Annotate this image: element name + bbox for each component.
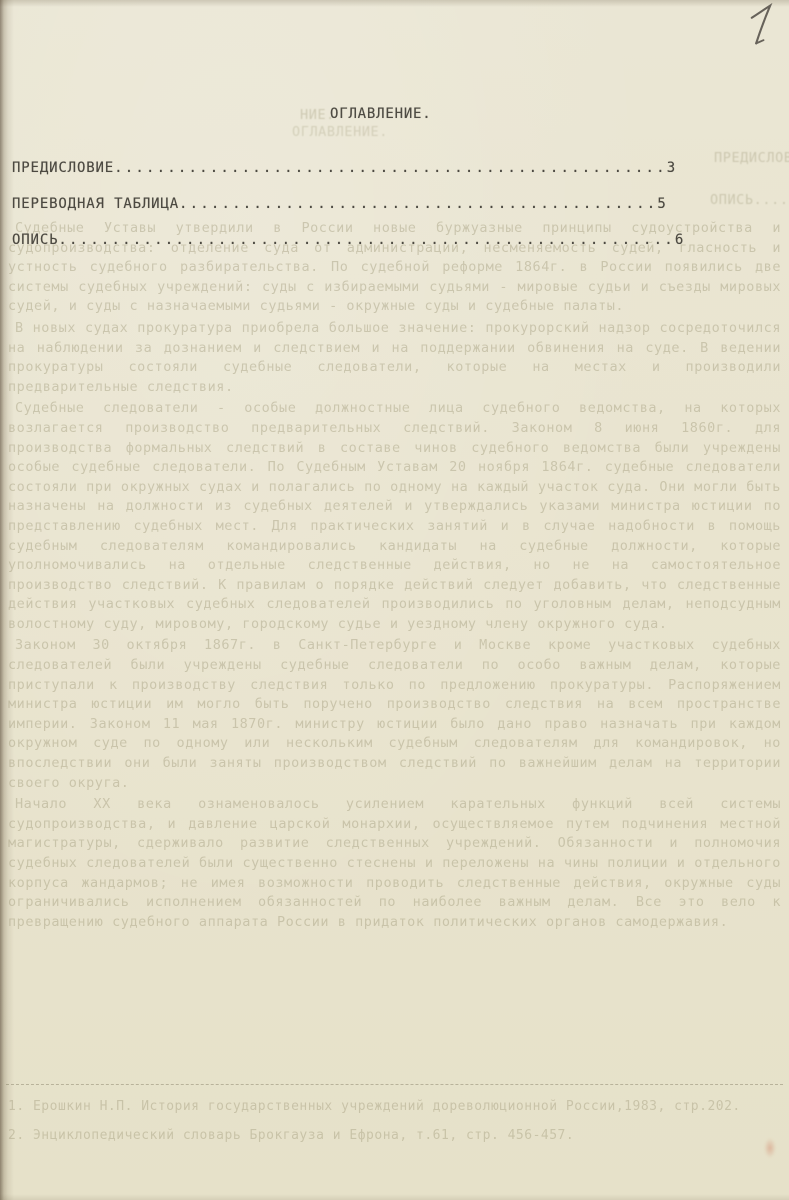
dot-leader: ........................................… xyxy=(179,196,657,212)
toc-label: ПРЕДИСЛОВИЕ xyxy=(12,160,114,176)
handwritten-one-mark xyxy=(744,0,783,51)
scan-edge-shadow-bottom xyxy=(0,1194,789,1200)
scan-edge-shadow-top xyxy=(0,0,789,7)
toc-page-number: 5 xyxy=(657,196,666,212)
scanned-document-page: НИЕ. ОГЛАВЛЕНИЕ. ПРЕДИСЛОВИЕ..... ОПИСЬ.… xyxy=(0,0,789,1200)
handwritten-page-number xyxy=(744,0,783,51)
ghost-paragraph: В новых судах прокуратура приобрела боль… xyxy=(8,319,781,397)
toc-page-number: 6 xyxy=(675,232,684,248)
ghost-footnotes: 1. Ерошкин Н.П. История государственных … xyxy=(8,1098,780,1155)
toc-label: ОПИСЬ xyxy=(12,232,58,248)
scan-edge-shadow-left xyxy=(0,0,14,1200)
dot-leader: ........................................… xyxy=(114,160,667,176)
ghost-body-text: Судебные Уставы утвердили в России новые… xyxy=(8,219,781,934)
ghost-title-echo: ОГЛАВЛЕНИЕ. xyxy=(292,124,388,140)
bleedthrough-layer: НИЕ. ОГЛАВЛЕНИЕ. ПРЕДИСЛОВИЕ..... ОПИСЬ.… xyxy=(0,0,789,1200)
toc-label: ПЕРЕВОДНАЯ ТАБЛИЦА xyxy=(12,196,179,212)
toc-page-number: 3 xyxy=(667,160,676,176)
footnote-separator-line xyxy=(6,1084,783,1085)
ghost-toc-echo-opis: ОПИСЬ............. xyxy=(710,192,789,208)
ghost-paragraph: Судебные следователи - особые должностны… xyxy=(8,399,781,634)
toc-entry-predislovie: ПРЕДИСЛОВИЕ.............................… xyxy=(12,159,676,177)
ghost-paragraph: Начало XX века ознаменовалось усилением … xyxy=(8,795,781,932)
dot-leader: ........................................… xyxy=(58,232,674,248)
ghost-footnote: 2. Энциклопедический словарь Брокгауза и… xyxy=(8,1127,780,1146)
ghost-paragraph: Законом 30 октября 1867г. в Санкт-Петерб… xyxy=(8,636,781,793)
toc-entry-opis: ОПИСЬ...................................… xyxy=(12,231,684,249)
pink-smudge-mark xyxy=(764,1138,776,1158)
toc-entry-perevodnaya-tablitsa: ПЕРЕВОДНАЯ ТАБЛИЦА......................… xyxy=(12,195,667,213)
page-title: ОГЛАВЛЕНИЕ. xyxy=(330,106,432,122)
ghost-toc-echo-predislovie: ПРЕДИСЛОВИЕ..... xyxy=(714,150,789,166)
ghost-footnote: 1. Ерошкин Н.П. История государственных … xyxy=(8,1098,780,1117)
